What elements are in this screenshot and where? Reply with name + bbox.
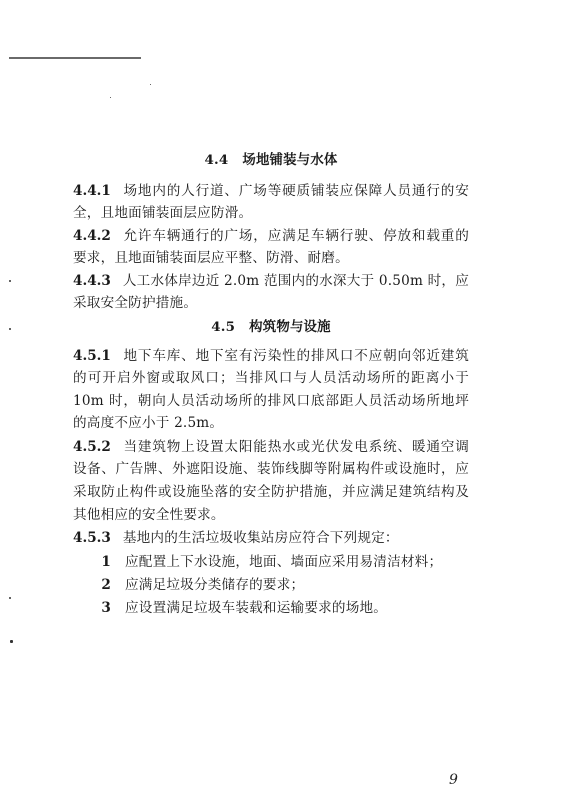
section-number: 4.5 bbox=[211, 319, 235, 335]
clause-number: 4.4.2 bbox=[73, 228, 111, 244]
clause-4-5-2-line-4: 其他相应的安全性要求。 bbox=[73, 504, 469, 526]
section-title: 构筑物与设施 bbox=[249, 320, 331, 335]
list-item-number: 3 bbox=[73, 597, 111, 619]
clause-4-5-1-line-4: 的高度不应小于 2.5m。 bbox=[73, 412, 469, 434]
list-item-number: 1 bbox=[73, 551, 111, 573]
clause-4-5-1-line-1: 4.5.1地下车库、地下室有污染性的排风口不应朝向邻近建筑 bbox=[73, 345, 469, 367]
list-item-text: 应配置上下水设施，地面、墙面应采用易清洁材料； bbox=[125, 554, 442, 570]
clause-text: 允许车辆通行的广场，应满足车辆行驶、停放和载重的 bbox=[123, 228, 469, 244]
scan-speck bbox=[9, 597, 11, 599]
scan-speck bbox=[9, 280, 11, 282]
clause-text: 地下车库、地下室有污染性的排风口不应朝向邻近建筑 bbox=[123, 348, 469, 364]
scan-speck bbox=[150, 84, 151, 85]
list-item-number: 2 bbox=[73, 574, 111, 596]
list-item: 1应配置上下水设施，地面、墙面应采用易清洁材料； bbox=[73, 551, 469, 573]
header-rule bbox=[9, 57, 141, 59]
scan-speck bbox=[110, 97, 111, 98]
section-heading-4-4: 4.4场地铺装与水体 bbox=[73, 149, 469, 171]
clause-4-4-3-line-1: 4.4.3人工水体岸边近 2.0m 范围内的水深大于 0.50m 时，应 bbox=[73, 270, 469, 292]
list-item-text: 应满足垃圾分类储存的要求； bbox=[125, 577, 304, 593]
clause-4-5-3-line-1: 4.5.3基地内的生活垃圾收集站房应符合下列规定： bbox=[73, 527, 469, 549]
clause-4-5-2-line-1: 4.5.2当建筑物上设置太阳能热水或光伏发电系统、暖通空调 bbox=[73, 436, 469, 458]
clause-4-4-2-line-1: 4.4.2允许车辆通行的广场，应满足车辆行驶、停放和载重的 bbox=[73, 225, 469, 247]
section-number: 4.4 bbox=[204, 152, 228, 168]
clause-number: 4.4.3 bbox=[73, 273, 111, 289]
clause-number: 4.5.2 bbox=[73, 439, 111, 455]
clause-4-4-1-line-1: 4.4.1场地内的人行道、广场等硬质铺装应保障人员通行的安 bbox=[73, 180, 469, 202]
clause-4-4-1-line-2: 全，且地面铺装面层应防滑。 bbox=[73, 202, 469, 224]
list-item: 2应满足垃圾分类储存的要求； bbox=[73, 574, 469, 596]
clause-text: 当建筑物上设置太阳能热水或光伏发电系统、暖通空调 bbox=[123, 439, 469, 455]
section-heading-4-5: 4.5构筑物与设施 bbox=[73, 316, 469, 338]
clause-4-4-2-line-2: 要求，且地面铺装面层应平整、防滑、耐磨。 bbox=[73, 247, 469, 269]
clause-text: 场地内的人行道、广场等硬质铺装应保障人员通行的安 bbox=[123, 183, 469, 199]
list-item: 3应设置满足垃圾车装载和运输要求的场地。 bbox=[73, 597, 469, 619]
scan-speck bbox=[9, 328, 11, 330]
clause-4-5-2-line-2: 设备、广告牌、外遮阳设施、装饰线脚等附属构件或设施时，应 bbox=[73, 458, 469, 480]
scan-speck bbox=[10, 640, 13, 643]
clause-4-4-3-line-2: 采取安全防护措施。 bbox=[73, 292, 469, 314]
clause-4-5-2-line-3: 采取防止构件或设施坠落的安全防护措施，并应满足建筑结构及 bbox=[73, 481, 469, 503]
page-number: 9 bbox=[449, 772, 458, 788]
clause-number: 4.4.1 bbox=[73, 183, 111, 199]
clause-text: 人工水体岸边近 2.0m 范围内的水深大于 0.50m 时，应 bbox=[123, 273, 469, 289]
clause-text: 基地内的生活垃圾收集站房应符合下列规定： bbox=[123, 530, 399, 546]
clause-4-5-1-line-2: 的可开启外窗或取风口；当排风口与人员活动场所的距离小于 bbox=[73, 367, 469, 389]
clause-4-5-1-line-3: 10m 时，朝向人员活动场所的排风口底部距人员活动场所地坪 bbox=[73, 390, 469, 412]
clause-number: 4.5.1 bbox=[73, 348, 111, 364]
list-item-text: 应设置满足垃圾车装载和运输要求的场地。 bbox=[125, 600, 387, 616]
clause-number: 4.5.3 bbox=[73, 530, 111, 546]
section-title: 场地铺装与水体 bbox=[242, 153, 337, 168]
